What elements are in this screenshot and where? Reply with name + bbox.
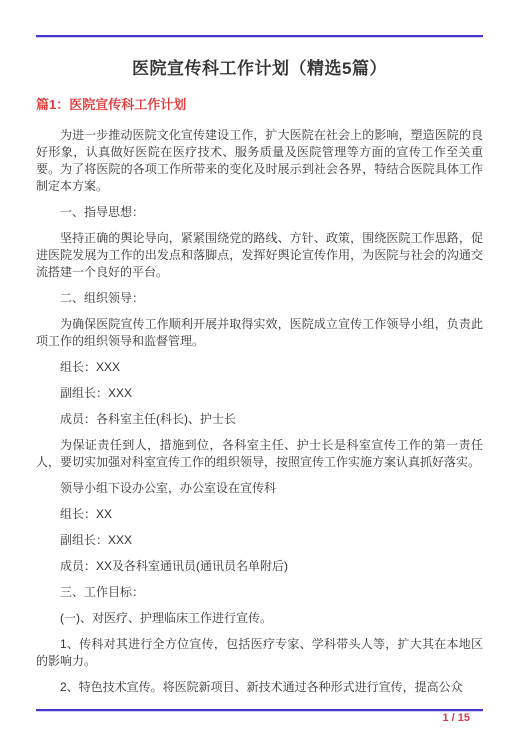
document-title: 医院宣传科工作计划（精选5篇） [36, 58, 483, 80]
paragraph: 副组长：XXX [36, 532, 483, 549]
footer-rule [36, 709, 483, 711]
paragraph: (一)、对医疗、护理临床工作进行宣传。 [36, 610, 483, 627]
header-rule [36, 35, 483, 37]
paragraph: 为保证责任到人，措施到位，各科室主任、护士长是科室宣传工作的第一责任人，要切实加… [36, 437, 483, 471]
paragraph: 成员：各科室主任(科长)、护士长 [36, 411, 483, 428]
document-page: 医院宣传科工作计划（精选5篇） 篇1：医院宣传科工作计划 为进一步推动医院文化宣… [0, 0, 520, 735]
paragraph: 三、工作目标： [36, 584, 483, 601]
paragraph: 一、指导思想： [36, 204, 483, 221]
paragraph: 成员：XX及各科室通讯员(通讯员名单附后) [36, 558, 483, 575]
paragraph: 为进一步推动医院文化宣传建设工作，扩大医院在社会上的影响，塑造医院的良好形象，认… [36, 127, 483, 195]
paragraph: 组长：XXX [36, 359, 483, 376]
paragraph: 领导小组下设办公室，办公室设在宣传科 [36, 480, 483, 497]
paragraph: 组长：XX [36, 506, 483, 523]
paragraph: 2、特色技术宣传。将医院新项目、新技术通过各种形式进行宣传，提高公众 [36, 679, 483, 696]
section-heading: 篇1：医院宣传科工作计划 [36, 96, 483, 114]
page-number: 1 / 15 [442, 712, 470, 725]
paragraph: 坚持正确的舆论导向，紧紧围绕党的路线、方针、政策，围绕医院工作思路，促进医院发展… [36, 230, 483, 281]
paragraph: 副组长：XXX [36, 385, 483, 402]
paragraph: 二、组织领导： [36, 290, 483, 307]
document-body: 为进一步推动医院文化宣传建设工作，扩大医院在社会上的影响，塑造医院的良好形象，认… [36, 127, 483, 696]
paragraph: 1、传科对其进行全方位宣传，包括医疗专家、学科带头人等，扩大其在本地区的影响力。 [36, 636, 483, 670]
paragraph: 为确保医院宣传工作顺利开展并取得实效，医院成立宣传工作领导小组，负责此项工作的组… [36, 316, 483, 350]
